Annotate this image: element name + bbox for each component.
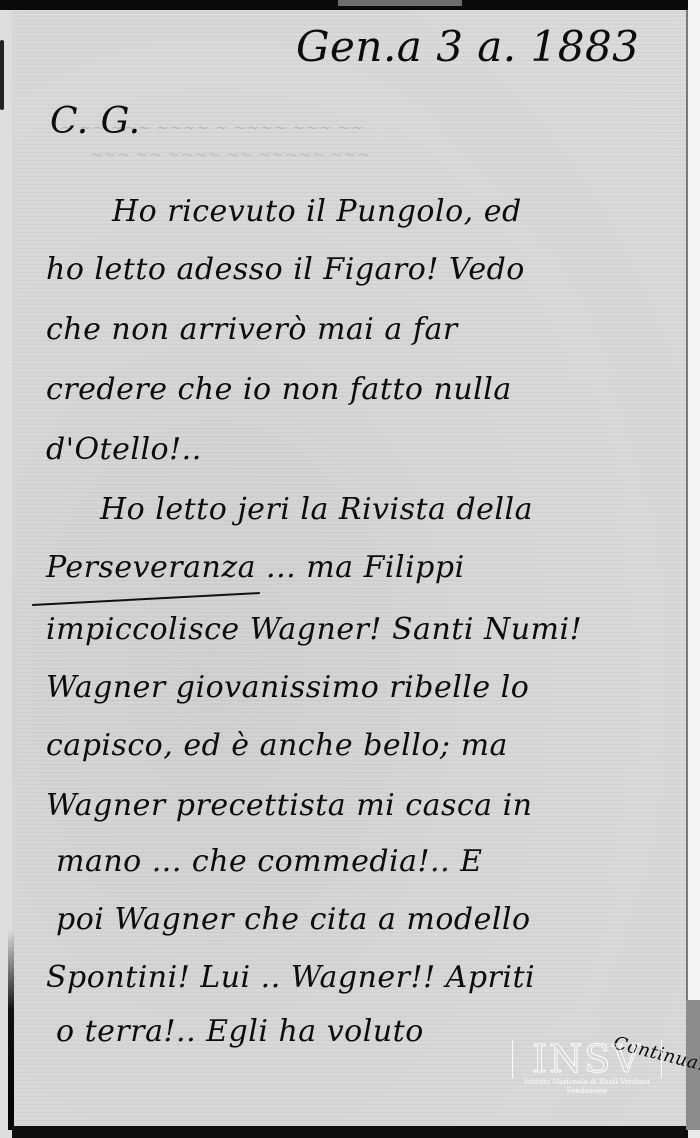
right-scan-margin [688, 0, 700, 1000]
letter-line-text: capisco, ed è anche bello; ma [46, 728, 508, 763]
letter-line: credere che io non fatto nulla [46, 370, 512, 410]
manuscript-scan: ~ ~~ ~~~ ~~~~ ~ ~~~~ ~~~ ~~ ~~~ ~~ ~~~~ … [0, 0, 700, 1138]
letter-line: impiccolisce Wagner! Santi Numi! [46, 610, 582, 650]
letter-line: che non arriverò mai a far [46, 310, 458, 350]
letter-line: poi Wagner che cita a modello [56, 900, 531, 940]
letter-salutation: C. G. [50, 100, 141, 144]
letter-line-text: ho letto adesso il Figaro! Vedo [46, 252, 525, 287]
letter-line-text: Ho letto jeri la Rivista della [100, 492, 533, 527]
watermark-institution: Istituto Nazionale di Studi Verdiani [512, 1078, 662, 1087]
letter-line: Ho letto jeri la Rivista della [100, 490, 533, 530]
top-scan-border [0, 0, 700, 10]
letter-line-text: o terra!.. Egli ha voluto [56, 1014, 424, 1049]
watermark-foundation: Fondazione [512, 1087, 662, 1096]
letter-line: Perseveranza ... ma Filippi [46, 548, 465, 588]
letter-line-text: poi Wagner che cita a modello [56, 902, 531, 937]
letter-line: Wagner giovanissimo ribelle lo [46, 668, 529, 708]
left-bottom-shadow [8, 930, 14, 1130]
letter-line: Spontini! Lui .. Wagner!! Apriti [46, 958, 535, 998]
letter-line: Ho ricevuto il Pungolo, ed [112, 192, 522, 232]
letter-line-text: Spontini! Lui .. Wagner!! Apriti [46, 960, 535, 995]
letter-line: o terra!.. Egli ha voluto [56, 1012, 424, 1052]
insv-watermark: INSV Istituto Nazionale di Studi Verdian… [512, 1040, 662, 1102]
letter-line-text: credere che io non fatto nulla [46, 372, 512, 407]
letter-line: d'Otello!.. [46, 430, 202, 470]
watermark-logo: INSV [512, 1040, 662, 1078]
letter-line-text: d'Otello!.. [46, 432, 202, 467]
bleed-through-text: ~~~ ~~ ~~~~ ~~ ~~~~~ ~~~ [90, 145, 370, 164]
letter-line-text: Wagner precettista mi casca in [46, 788, 533, 823]
letter-line-text: mano ... che commedia!.. E [56, 844, 483, 879]
letter-line-text: Ho ricevuto il Pungolo, ed [112, 194, 522, 229]
left-edge-shadow [0, 40, 4, 110]
letter-line: ho letto adesso il Figaro! Vedo [46, 250, 525, 290]
letter-line: mano ... che commedia!.. E [56, 842, 483, 882]
letter-line-text: impiccolisce Wagner! Santi Numi! [46, 612, 582, 647]
letter-line-text: Perseveranza ... ma Filippi [46, 550, 465, 585]
letter-line-text: che non arriverò mai a far [46, 312, 458, 347]
letter-line: Wagner precettista mi casca in [46, 786, 533, 826]
letter-date: Gen.a 3 a. 1883 [296, 22, 639, 72]
letter-line: capisco, ed è anche bello; ma [46, 726, 508, 766]
top-border-strip [338, 0, 462, 6]
bottom-scan-border [12, 1126, 688, 1138]
letter-line-text: Wagner giovanissimo ribelle lo [46, 670, 529, 705]
